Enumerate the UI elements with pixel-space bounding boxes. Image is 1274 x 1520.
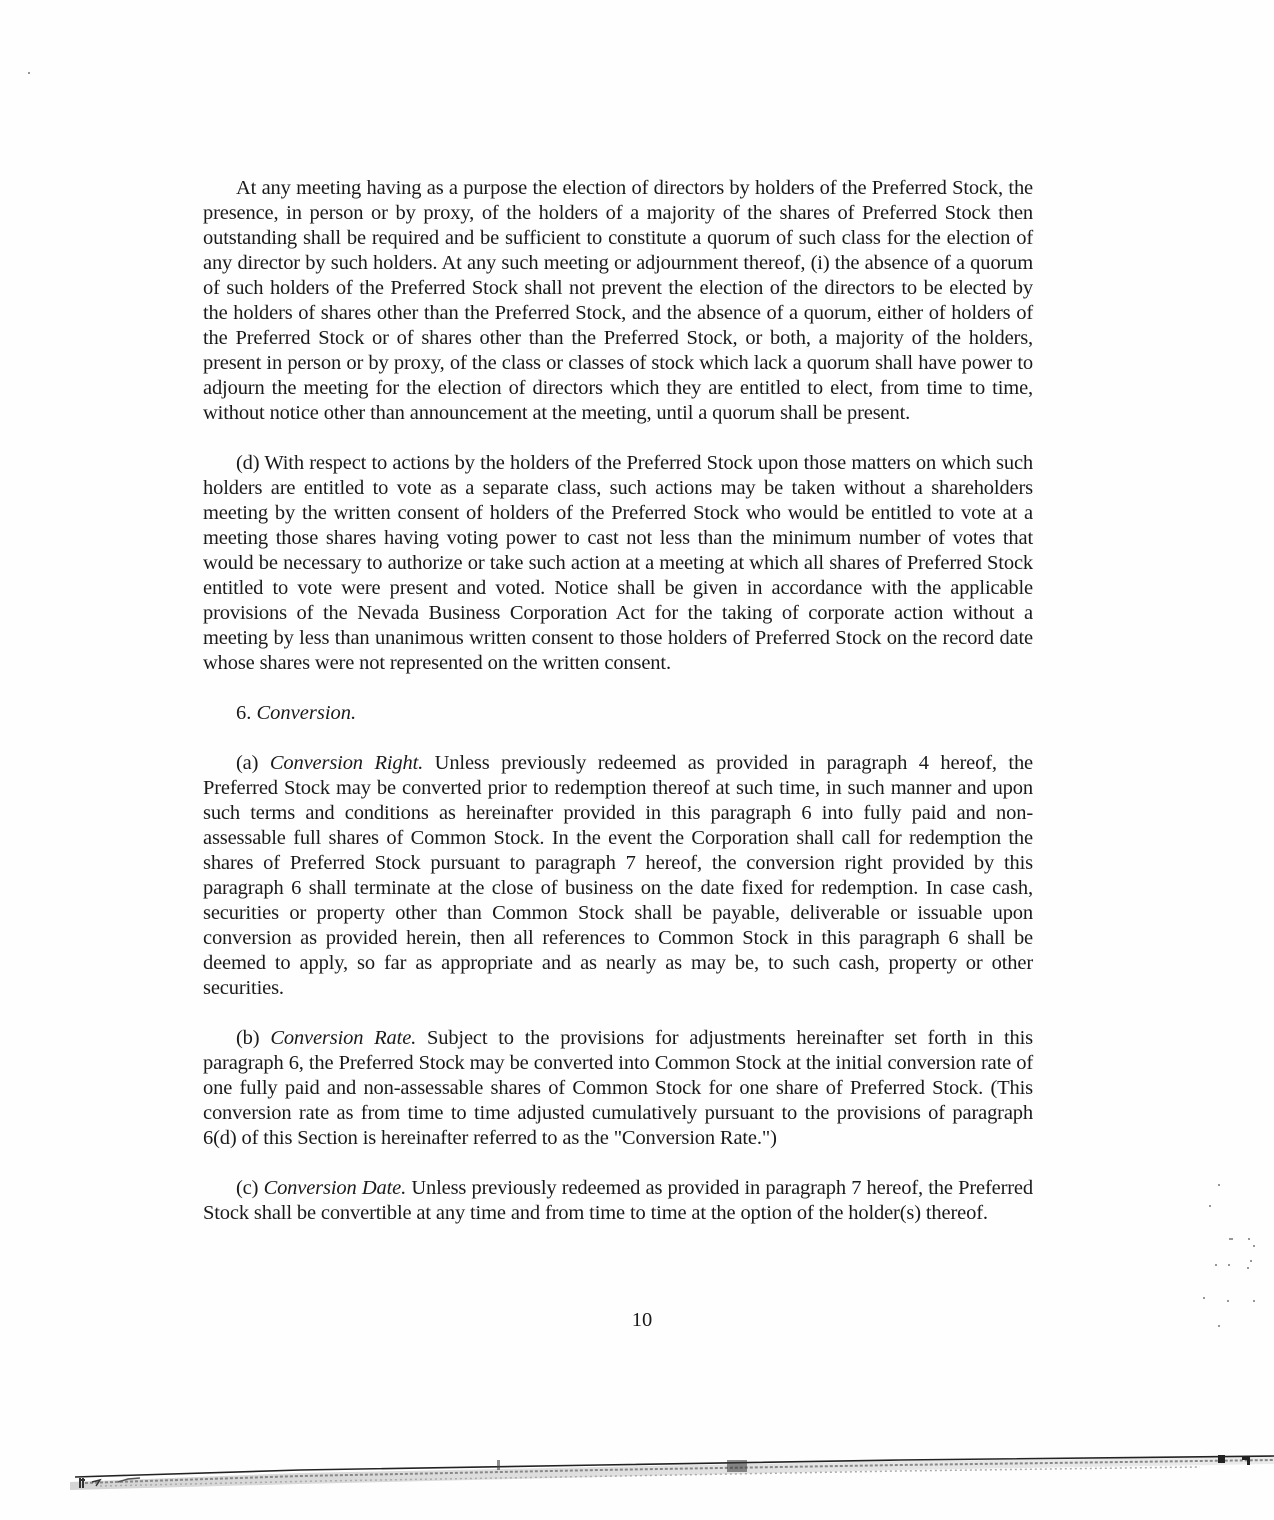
speck — [1248, 1238, 1250, 1240]
section-heading-conversion: 6. Conversion. — [203, 701, 1033, 726]
speck — [1250, 1260, 1252, 1262]
subsection-prefix: (a) — [236, 752, 270, 774]
page-number: 10 — [0, 1308, 1274, 1333]
subsection-caption: Conversion Date. — [264, 1177, 407, 1199]
paragraph-d: (d) With respect to actions by the holde… — [203, 451, 1033, 676]
section-number: 6. — [236, 702, 257, 724]
scanned-document-page: At any meeting having as a purpose the e… — [0, 0, 1274, 1520]
speck — [1253, 1245, 1255, 1247]
subsection-conversion-right: (a) Conversion Right. Unless previously … — [203, 751, 1033, 1001]
subsection-conversion-date: (c) Conversion Date. Unless previously r… — [203, 1176, 1033, 1226]
section-title: Conversion. — [257, 702, 357, 724]
subsection-text: Unless previously redeemed as provided i… — [203, 752, 1033, 999]
paragraph-text: With respect to actions by the holders o… — [203, 452, 1033, 674]
speck — [1218, 1184, 1220, 1186]
speck — [1228, 1264, 1230, 1266]
speck — [1247, 1267, 1249, 1269]
document-body: At any meeting having as a purpose the e… — [203, 176, 1033, 1251]
speck — [1203, 1297, 1205, 1299]
subsection-caption: Conversion Rate. — [270, 1027, 416, 1049]
speck — [28, 72, 30, 74]
subsection-prefix: (b) — [236, 1027, 270, 1049]
scan-noise-border — [0, 1440, 1274, 1520]
speck — [1231, 1238, 1233, 1240]
subsection-caption: Conversion Right. — [270, 752, 423, 774]
paragraph-text: At any meeting having as a purpose the e… — [203, 177, 1033, 424]
subsection-prefix: (c) — [236, 1177, 264, 1199]
speck — [1218, 1325, 1220, 1327]
speck — [1215, 1264, 1217, 1266]
speck — [1253, 1300, 1255, 1302]
paragraph-prefix: (d) — [236, 452, 264, 474]
quorum-paragraph: At any meeting having as a purpose the e… — [203, 176, 1033, 426]
speck — [1227, 1300, 1229, 1302]
speck — [1209, 1205, 1211, 1207]
subsection-conversion-rate: (b) Conversion Rate. Subject to the prov… — [203, 1026, 1033, 1151]
